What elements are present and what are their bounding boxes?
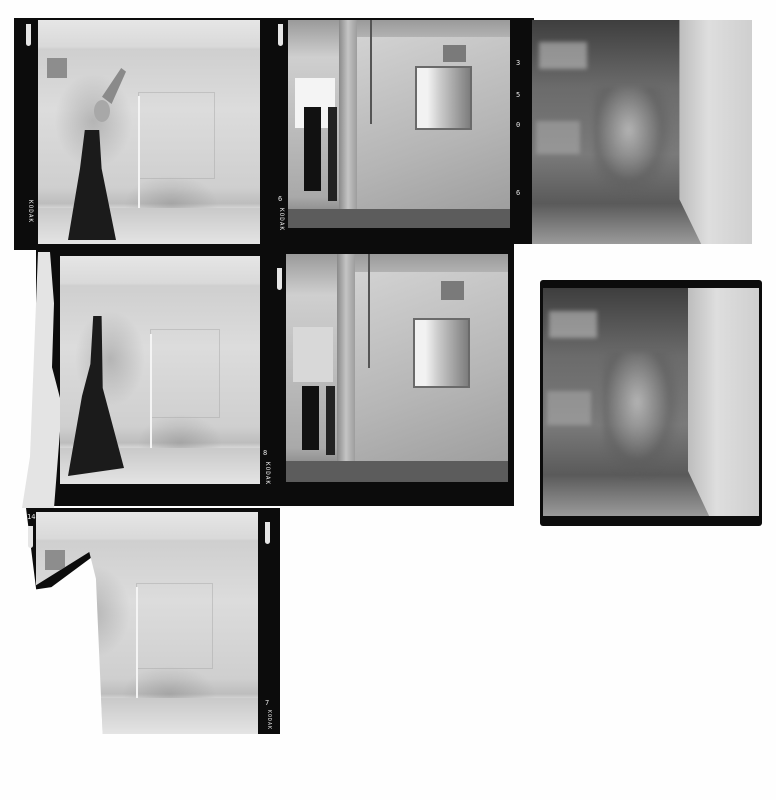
photo-frame-6 — [543, 288, 759, 516]
wall-pipe — [138, 96, 140, 219]
wall-panel — [136, 583, 213, 669]
film-edge-brand: KODAK — [27, 200, 33, 223]
film-notch — [278, 24, 283, 46]
film-edge-code: 3 — [516, 60, 520, 67]
wall-stain — [536, 121, 580, 155]
film-frame-number: 8 — [263, 450, 267, 457]
wall-box — [47, 58, 67, 78]
window-with-figure — [415, 66, 472, 130]
wall-stain — [539, 42, 587, 69]
hennin-headdress — [102, 68, 126, 104]
right-wall — [679, 20, 752, 244]
film-strip-row-1-right — [510, 18, 534, 244]
wall-pipe — [136, 587, 138, 709]
vertical-rod — [370, 20, 372, 124]
blurred-figure — [594, 87, 671, 195]
film-edge-brand: KODAK — [278, 208, 284, 231]
wall-sign — [441, 281, 463, 299]
dark-doorway — [302, 386, 320, 450]
wall-stain — [549, 311, 597, 338]
building-column — [337, 254, 355, 464]
film-edge-code: 5 — [516, 92, 520, 99]
wall-panel — [138, 92, 215, 179]
figure-woman-dress — [68, 130, 116, 240]
dark-doorway — [304, 107, 322, 190]
photo-frame-1 — [38, 20, 260, 244]
film-edge-brand: KODAK — [264, 462, 270, 485]
figure-head — [94, 100, 110, 122]
white-sheet — [293, 327, 333, 382]
building-column — [339, 20, 357, 211]
film-frame-number: 7 — [265, 700, 269, 707]
film-edge-code: 0 — [516, 122, 520, 129]
figure-woman-dress — [68, 316, 124, 476]
floor — [36, 698, 258, 734]
dark-doorway-2 — [328, 107, 337, 201]
wall-sign — [443, 45, 465, 62]
film-edge-brand: KODAK — [266, 710, 271, 730]
photo-frame-4 — [60, 256, 260, 484]
film-frame-number: 6 — [278, 196, 282, 203]
window-with-figure — [413, 318, 470, 388]
film-notch — [265, 522, 270, 544]
film-notch — [26, 24, 31, 46]
film-strip-label: 14 — [27, 514, 35, 521]
vertical-rod — [368, 254, 370, 368]
film-notch — [28, 526, 33, 548]
wall-pipe — [150, 334, 152, 459]
ground — [286, 461, 508, 482]
right-wall — [688, 288, 759, 516]
photo-frame-2 — [288, 20, 510, 228]
dark-doorway-2 — [326, 386, 335, 454]
photo-frame-5 — [286, 254, 508, 482]
wall-box — [45, 550, 65, 570]
photo-frame-3 — [532, 20, 752, 244]
blurred-figure — [603, 352, 679, 477]
film-edge-code: 6 — [516, 190, 520, 197]
wall-stain — [547, 391, 590, 425]
film-notch — [277, 268, 282, 290]
ground — [288, 209, 510, 228]
wall-panel — [150, 329, 220, 418]
photo-frame-7 — [36, 512, 258, 734]
